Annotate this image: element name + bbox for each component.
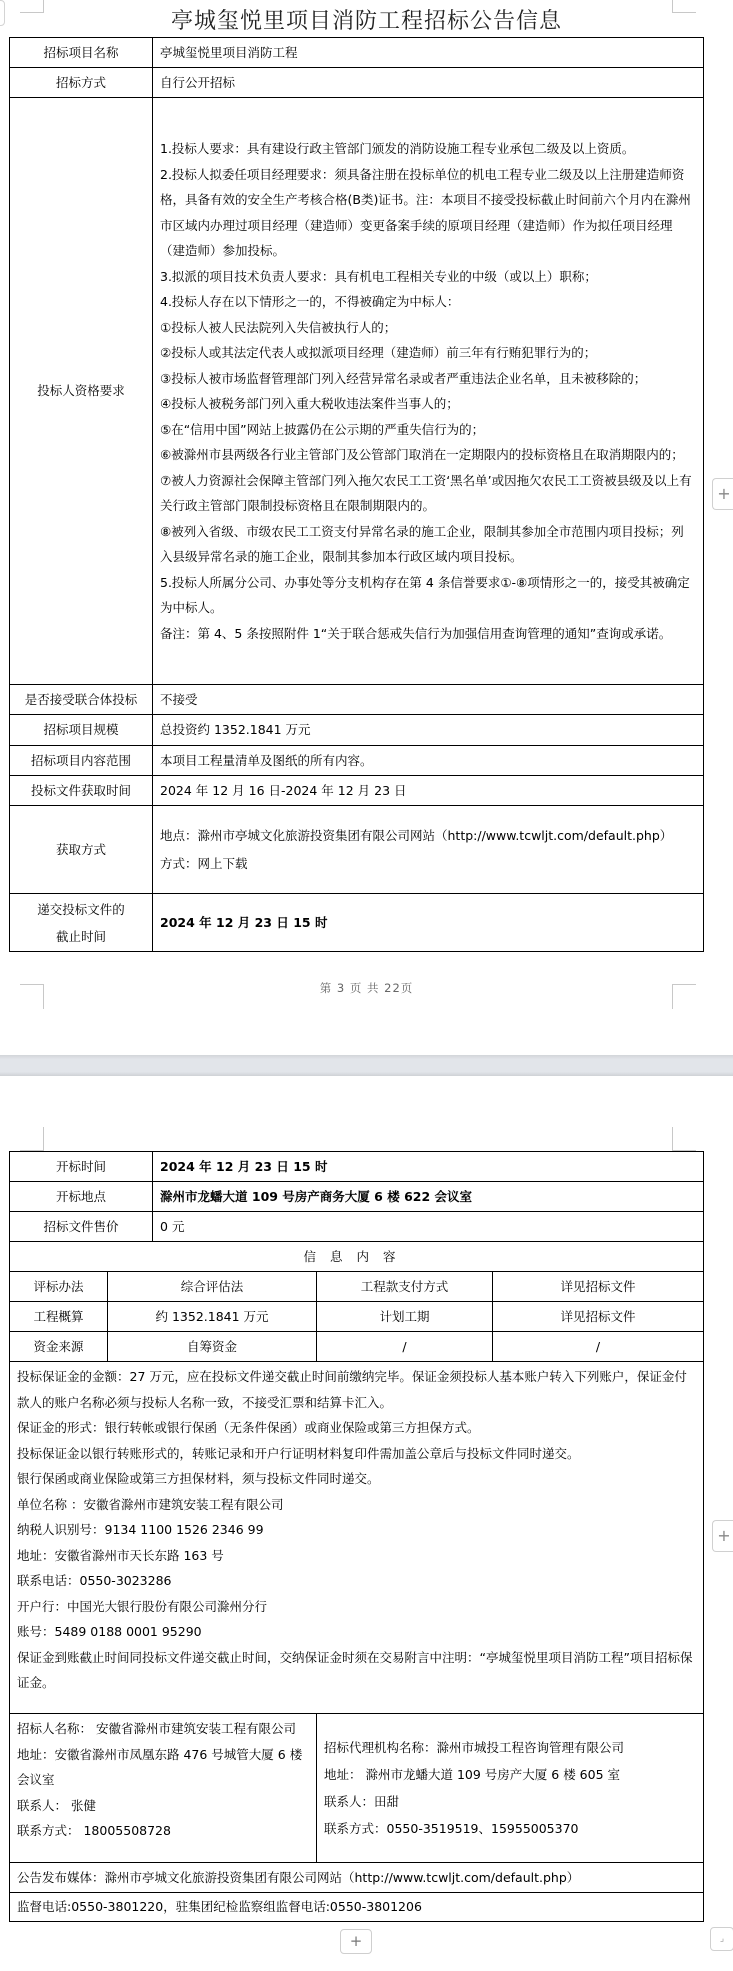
- agency-contact: 招标代理机构名称：滁州市城投工程咨询管理有限公司 地址： 滁州市龙蟠大道 109…: [317, 1714, 704, 1863]
- agency-name: 招标代理机构名称：滁州市城投工程咨询管理有限公司: [324, 1734, 696, 1761]
- requirement-item: ⑦被人力资源社会保障主管部门列入拖欠农民工工资‘黑名单’或因拖欠农民工工资被县级…: [160, 468, 696, 519]
- agency-address: 地址： 滁州市龙蟠大道 109 号房产大厦 6 楼 605 室: [324, 1761, 696, 1788]
- deposit-deadline-note: 保证金到账截止时间同投标文件递交截止时间，交纳保证金时须在交易附言中注明：“亭城…: [17, 1645, 696, 1696]
- document-price: 0 元: [153, 1212, 704, 1242]
- row-label: 开标地点: [10, 1182, 153, 1212]
- page-corner-mark: [20, 1127, 44, 1151]
- plus-icon: +: [350, 1932, 363, 1950]
- table-row: 递交投标文件的截止时间 2024 年 12 月 23 日 15 时: [10, 894, 704, 952]
- agency-person: 联系人：田甜: [324, 1788, 696, 1815]
- table-row: 公告发布媒体：滁州市亭城文化旅游投资集团有限公司网站（http://www.tc…: [10, 1863, 704, 1893]
- deposit-details: 投标保证金的金额：27 万元，应在投标文件递交截止时间前缴纳完毕。保证金须投标人…: [10, 1362, 704, 1714]
- publication-media: 公告发布媒体：滁州市亭城文化旅游投资集团有限公司网站（http://www.tc…: [10, 1863, 704, 1893]
- requirement-item: ④投标人被税务部门列入重大税收违法案件当事人的；: [160, 391, 696, 417]
- info-label: 计划工期: [317, 1302, 493, 1332]
- row-label: 是否接受联合体投标: [10, 685, 153, 715]
- account-name: 单位名称 ：安徽省滁州市建筑安装工程有限公司: [17, 1492, 696, 1518]
- page-corner-mark: [672, 1127, 696, 1151]
- page-separator: [0, 1055, 733, 1076]
- table-row: 开标时间 2024 年 12 月 23 日 15 时: [10, 1152, 704, 1182]
- requirement-item: ③投标人被市场监督管理部门列入经营异常名录或者严重违法企业名单，且未被移除的；: [160, 366, 696, 392]
- row-label: 递交投标文件的截止时间: [10, 894, 153, 952]
- deposit-transfer-note: 投标保证金以银行转账形式的，转账记录和开户行证明材料复印件需加盖公章后与投标文件…: [17, 1441, 696, 1467]
- opening-time: 2024 年 12 月 23 日 15 时: [153, 1152, 704, 1182]
- agency-phone: 联系方式：0550-3519519、15955005370: [324, 1815, 696, 1842]
- supervision-phone: 监督电话:0550-3801220，驻集团纪检监察组监督电话:0550-3801…: [10, 1893, 704, 1922]
- requirement-item: 2.投标人拟委任项目经理要求：须具备注册在投标单位的机电工程专业二级及以上注册建…: [160, 162, 696, 264]
- resize-icon: ⌟: [720, 1934, 724, 1944]
- row-value: 亭城玺悦里项目消防工程: [153, 38, 704, 68]
- add-section-button[interactable]: +: [712, 478, 733, 510]
- info-value: 详见招标文件: [493, 1272, 704, 1302]
- plus-icon: +: [717, 484, 730, 503]
- qualification-requirements: 1.投标人要求：具有建设行政主管部门颁发的消防设施工程专业承包二级及以上资质。 …: [153, 98, 704, 685]
- requirement-item: ⑧被列入省级、市级农民工工资支付异常名录的施工企业，限制其参加全市范围内项目投标…: [160, 519, 696, 570]
- contacts-row: 招标人名称： 安徽省滁州市建筑安装工程有限公司 地址：安徽省滁州市凤凰东路 47…: [10, 1714, 704, 1863]
- row-label: 招标项目名称: [10, 38, 153, 68]
- resize-button[interactable]: ⌟: [710, 1927, 733, 1951]
- info-label: 工程款支付方式: [317, 1272, 493, 1302]
- table-row: 招标项目规模 总投资约 1352.1841 万元: [10, 715, 704, 746]
- table-row: 招标文件售价 0 元: [10, 1212, 704, 1242]
- tenderer-address: 地址：安徽省滁州市凤凰东路 476 号城管大厦 6 楼 会议室: [17, 1742, 309, 1793]
- tender-info-table: 招标项目名称 亭城玺悦里项目消防工程 招标方式 自行公开招标 投标人资格要求 1…: [9, 37, 704, 952]
- submission-deadline: 2024 年 12 月 23 日 15 时: [153, 894, 704, 952]
- requirement-item: 5.投标人所属分公司、办事处等分支机构存在第 4 条信誉要求①-⑧项情形之一的，…: [160, 570, 696, 621]
- info-value: 详见招标文件: [493, 1302, 704, 1332]
- tenderer-person: 联系人： 张健: [17, 1793, 309, 1819]
- row-label: 投标文件获取时间: [10, 776, 153, 806]
- row-value: 本项目工程量清单及图纸的所有内容。: [153, 746, 704, 776]
- info-grid-row: 资金来源 自筹资金 / /: [10, 1332, 704, 1362]
- tenderer-contact: 招标人名称： 安徽省滁州市建筑安装工程有限公司 地址：安徽省滁州市凤凰东路 47…: [10, 1714, 317, 1863]
- tender-detail-table: 开标时间 2024 年 12 月 23 日 15 时 开标地点 滁州市龙蟠大道 …: [9, 1151, 704, 1922]
- table-row: 是否接受联合体投标 不接受: [10, 685, 704, 715]
- acquisition-mode: 方式：网上下载: [160, 850, 696, 878]
- tenderer-name: 招标人名称： 安徽省滁州市建筑安装工程有限公司: [17, 1716, 309, 1742]
- info-value: /: [493, 1332, 704, 1362]
- deposit-guarantee-note: 银行保函或商业保险或第三方担保材料，须与投标文件同时递交。: [17, 1466, 696, 1492]
- row-label: 招标项目规模: [10, 715, 153, 746]
- requirement-item: ①投标人被人民法院列入失信被执行人的；: [160, 315, 696, 341]
- info-label: 资金来源: [10, 1332, 108, 1362]
- table-row: 招标方式 自行公开招标: [10, 68, 704, 98]
- row-label: 获取方式: [10, 806, 153, 894]
- add-section-button[interactable]: +: [712, 1520, 733, 1552]
- deposit-amount: 投标保证金的金额：27 万元，应在投标文件递交截止时间前缴纳完毕。保证金须投标人…: [17, 1364, 696, 1415]
- requirement-item: 4.投标人存在以下情形之一的，不得被确定为中标人：: [160, 289, 696, 315]
- row-label: 招标项目内容范围: [10, 746, 153, 776]
- requirement-item: ②投标人或其法定代表人或拟派项目经理（建造师）前三年有行贿犯罪行为的；: [160, 340, 696, 366]
- page-number: 第 3 页 共 22页: [0, 980, 733, 996]
- requirement-note: 备注：第 4、5 条按照附件 1“关于联合惩戒失信行为加强信用查询管理的通知”查…: [160, 621, 696, 647]
- table-row: 招标项目内容范围 本项目工程量清单及图纸的所有内容。: [10, 746, 704, 776]
- info-grid-row: 评标办法 综合评估法 工程款支付方式 详见招标文件: [10, 1272, 704, 1302]
- table-row: 投标文件获取时间 2024 年 12 月 16 日-2024 年 12 月 23…: [10, 776, 704, 806]
- row-value: 2024 年 12 月 16 日-2024 年 12 月 23 日: [153, 776, 704, 806]
- table-row: 开标地点 滁州市龙蟠大道 109 号房产商务大厦 6 楼 622 会议室: [10, 1182, 704, 1212]
- requirement-item: 1.投标人要求：具有建设行政主管部门颁发的消防设施工程专业承包二级及以上资质。: [160, 136, 696, 162]
- acquisition-location: 地点：滁州市亭城文化旅游投资集团有限公司网站（http://www.tcwljt…: [160, 822, 696, 850]
- requirement-item: ⑤在“信用中国”网站上披露仍在公示期的严重失信行为的；: [160, 417, 696, 443]
- add-row-button[interactable]: +: [340, 1929, 372, 1954]
- requirement-item: 3.拟派的项目技术负责人要求：具有机电工程相关专业的中级（或以上）职称；: [160, 264, 696, 290]
- row-value: 总投资约 1352.1841 万元: [153, 715, 704, 746]
- info-label: 工程概算: [10, 1302, 108, 1332]
- row-label: 投标人资格要求: [10, 98, 153, 685]
- tenderer-phone: 联系方式： 18005508728: [17, 1818, 309, 1844]
- document-title: 亭城玺悦里项目消防工程招标公告信息: [0, 6, 733, 38]
- row-label: 招标方式: [10, 68, 153, 98]
- row-label: 开标时间: [10, 1152, 153, 1182]
- deposit-section: 投标保证金的金额：27 万元，应在投标文件递交截止时间前缴纳完毕。保证金须投标人…: [10, 1362, 704, 1714]
- table-row-qualification: 投标人资格要求 1.投标人要求：具有建设行政主管部门颁发的消防设施工程专业承包二…: [10, 98, 704, 685]
- info-value: 约 1352.1841 万元: [108, 1302, 317, 1332]
- info-value: 综合评估法: [108, 1272, 317, 1302]
- account-bank: 开户行：中国光大银行股份有限公司滁州分行: [17, 1594, 696, 1620]
- account-phone: 联系电话：0550-3023286: [17, 1568, 696, 1594]
- info-section-header: 信息内容: [10, 1242, 704, 1272]
- opening-location: 滁州市龙蟠大道 109 号房产商务大厦 6 楼 622 会议室: [153, 1182, 704, 1212]
- table-row: 招标项目名称 亭城玺悦里项目消防工程: [10, 38, 704, 68]
- row-label: 招标文件售价: [10, 1212, 153, 1242]
- taxpayer-id: 纳税人识别号：9134 1100 1526 2346 99: [17, 1517, 696, 1543]
- info-label: 评标办法: [10, 1272, 108, 1302]
- account-address: 地址：安徽省滁州市天长东路 163 号: [17, 1543, 696, 1569]
- info-value: 自筹资金: [108, 1332, 317, 1362]
- table-row: 监督电话:0550-3801220，驻集团纪检监察组监督电话:0550-3801…: [10, 1893, 704, 1922]
- info-grid-row: 工程概算 约 1352.1841 万元 计划工期 详见招标文件: [10, 1302, 704, 1332]
- deposit-form: 保证金的形式：银行转帐或银行保函（无条件保函）或商业保险或第三方担保方式。: [17, 1415, 696, 1441]
- account-number: 账号：5489 0188 0001 95290: [17, 1619, 696, 1645]
- table-row: 获取方式 地点：滁州市亭城文化旅游投资集团有限公司网站（http://www.t…: [10, 806, 704, 894]
- acquisition-method: 地点：滁州市亭城文化旅游投资集团有限公司网站（http://www.tcwljt…: [153, 806, 704, 894]
- table-row: 信息内容: [10, 1242, 704, 1272]
- row-value: 不接受: [153, 685, 704, 715]
- row-value: 自行公开招标: [153, 68, 704, 98]
- plus-icon: +: [717, 1526, 730, 1545]
- info-value: /: [317, 1332, 493, 1362]
- requirement-item: ⑥被滁州市县两级各行业主管部门及公管部门取消在一定期限内的投标资格且在取消期限内…: [160, 442, 696, 468]
